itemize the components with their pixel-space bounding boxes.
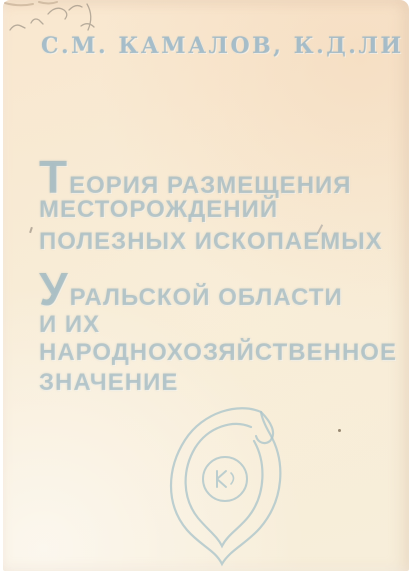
title-drop-cap: У: [39, 263, 70, 315]
title-text: И ИХ: [39, 311, 100, 338]
title-line: НАРОДНОХОЗЯЙСТВЕННОЕ: [39, 339, 397, 367]
title-line: ЗНАЧЕНИЕ: [39, 369, 178, 397]
ink-speck: [29, 227, 33, 233]
ink-speck: [338, 429, 341, 432]
title-text: ПОЛЕЗНЫХ ИСКОПАЕМЫХ: [39, 228, 383, 255]
title-line: МЕСТОРОЖДЕНИЙ: [39, 196, 278, 224]
title-line: УРАЛЬСКОЙ ОБЛАСТИ: [39, 262, 343, 316]
title-text: РАЛЬСКОЙ ОБЛАСТИ: [70, 284, 343, 311]
title-line: И ИХ: [39, 311, 100, 339]
title-text: МЕСТОРОЖДЕНИЙ: [39, 196, 278, 223]
title-line: ПОЛЕЗНЫХ ИСКОПАЕМЫХ: [39, 228, 383, 256]
book-cover: С.М. КАМАЛОВ, К.Д.ЛИ ТЕОРИЯ РАЗМЕЩЕНИЯ М…: [3, 0, 409, 571]
title-text: НАРОДНОХОЗЯЙСТВЕННОЕ: [39, 339, 397, 366]
author-line: С.М. КАМАЛОВ, К.Д.ЛИ: [41, 33, 386, 59]
title-text: ЗНАЧЕНИЕ: [39, 369, 178, 396]
publisher-drop-emblem-icon: [145, 400, 305, 572]
title-text: ЕОРИЯ РАЗМЕЩЕНИЯ: [69, 172, 351, 199]
